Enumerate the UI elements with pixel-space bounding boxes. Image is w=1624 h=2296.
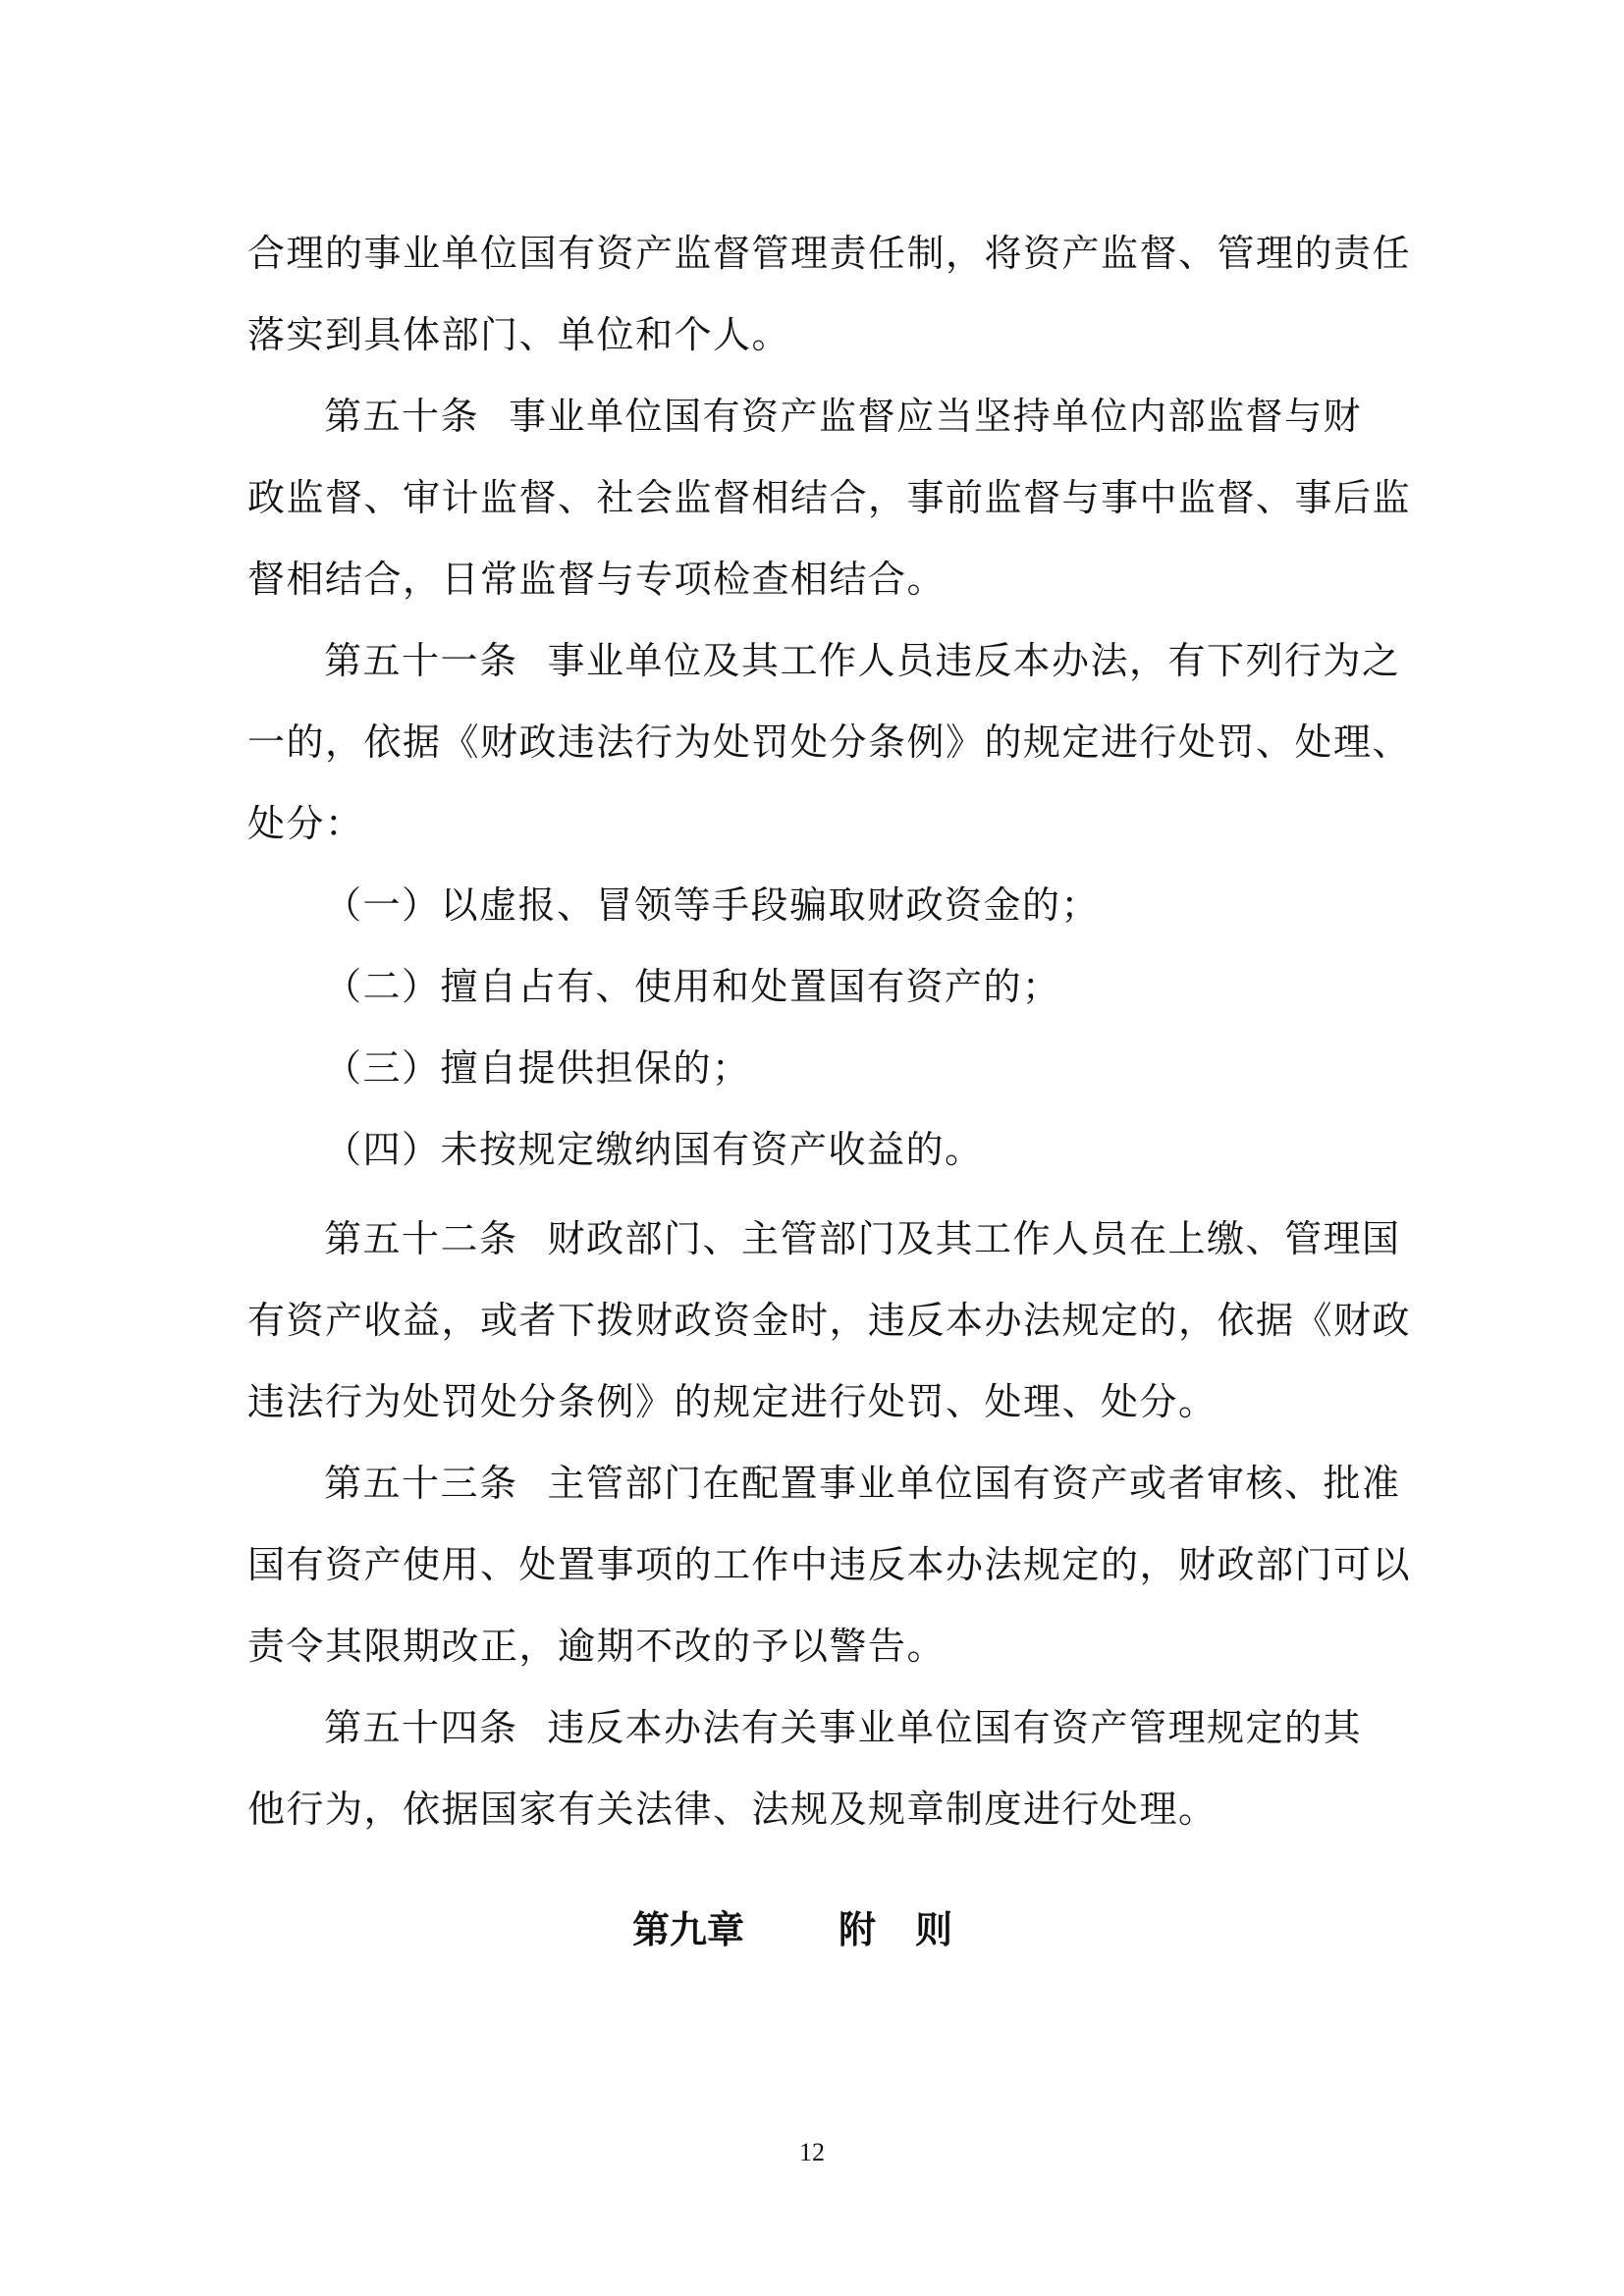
chapter-heading: 第九章附则 bbox=[0, 1908, 1624, 1951]
body-line: 合理的事业单位国有资产监督管理责任制，将资产监督、管理的责任 bbox=[247, 232, 1386, 275]
article-50: 第五十条事业单位国有资产监督应当坚持单位内部监督与财 bbox=[324, 395, 1463, 438]
article-number: 第五十四条 bbox=[324, 1706, 518, 1749]
body-line: 督相结合，日常监督与专项检查相结合。 bbox=[247, 558, 1386, 601]
chapter-title: 附则 bbox=[839, 1908, 992, 1951]
page-number: 12 bbox=[0, 2138, 1624, 2167]
chapter-number: 第九章 bbox=[632, 1908, 744, 1951]
article-number: 第五十二条 bbox=[324, 1217, 518, 1260]
article-text: 财政部门、主管部门及其工作人员在上缴、管理国 bbox=[548, 1217, 1401, 1260]
article-number: 第五十一条 bbox=[324, 639, 518, 682]
article-54: 第五十四条违反本办法有关事业单位国有资产管理规定的其 bbox=[324, 1706, 1463, 1749]
list-item: （四）未按规定缴纳国有资产收益的。 bbox=[324, 1128, 1463, 1171]
article-51: 第五十一条事业单位及其工作人员违反本办法，有下列行为之 bbox=[324, 639, 1463, 682]
list-item: （一）以虚报、冒领等手段骗取财政资金的； bbox=[324, 883, 1463, 927]
list-item: （二）擅自占有、使用和处置国有资产的； bbox=[324, 965, 1463, 1008]
article-text: 违反本办法有关事业单位国有资产管理规定的其 bbox=[548, 1706, 1363, 1749]
body-line: 违法行为处罚处分条例》的规定进行处罚、处理、处分。 bbox=[247, 1380, 1386, 1423]
list-item: （三）擅自提供担保的； bbox=[324, 1046, 1463, 1090]
body-line: 责令其限期改正，逾期不改的予以警告。 bbox=[247, 1625, 1386, 1668]
body-line: 国有资产使用、处置事项的工作中违反本办法规定的，财政部门可以 bbox=[247, 1543, 1386, 1586]
body-line: 有资产收益，或者下拨财政资金时，违反本办法规定的，依据《财政 bbox=[247, 1299, 1386, 1342]
body-line: 落实到具体部门、单位和个人。 bbox=[247, 313, 1386, 356]
body-line: 一的，依据《财政违法行为处罚处分条例》的规定进行处罚、处理、 bbox=[247, 721, 1386, 764]
article-number: 第五十三条 bbox=[324, 1462, 518, 1505]
article-text: 事业单位国有资产监督应当坚持单位内部监督与财 bbox=[509, 395, 1362, 438]
body-line: 他行为，依据国家有关法律、法规及规章制度进行处理。 bbox=[247, 1788, 1386, 1831]
body-line: 处分： bbox=[247, 802, 1386, 845]
article-53: 第五十三条主管部门在配置事业单位国有资产或者审核、批准 bbox=[324, 1462, 1463, 1505]
body-line: 政监督、审计监督、社会监督相结合，事前监督与事中监督、事后监 bbox=[247, 476, 1386, 519]
article-number: 第五十条 bbox=[324, 395, 479, 438]
article-text: 事业单位及其工作人员违反本办法，有下列行为之 bbox=[548, 639, 1401, 682]
article-text: 主管部门在配置事业单位国有资产或者审核、批准 bbox=[548, 1462, 1401, 1505]
document-page: 合理的事业单位国有资产监督管理责任制，将资产监督、管理的责任 落实到具体部门、单… bbox=[0, 0, 1624, 2296]
article-52: 第五十二条财政部门、主管部门及其工作人员在上缴、管理国 bbox=[324, 1217, 1463, 1260]
